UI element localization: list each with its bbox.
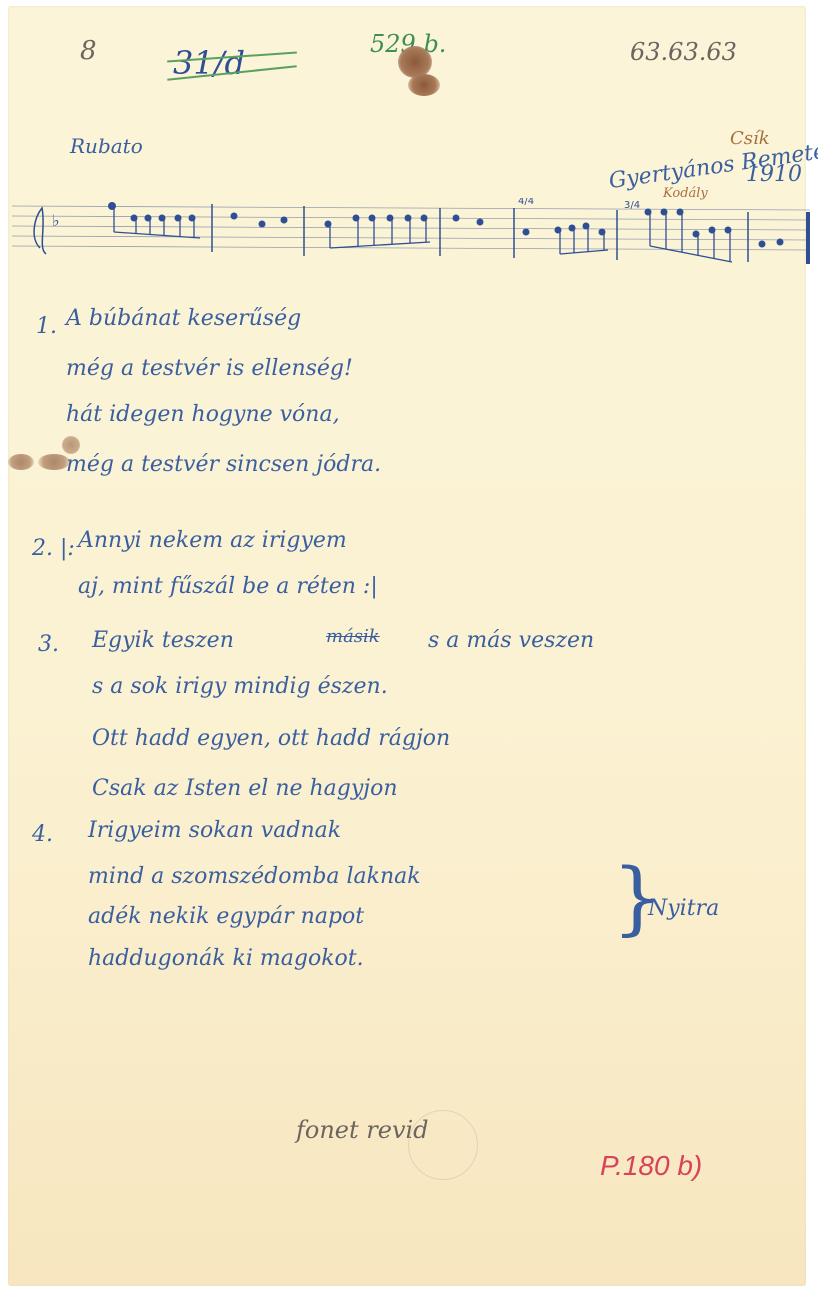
red-catalog-number: P.180 b)	[600, 1150, 702, 1182]
attribution-year: 1910	[746, 162, 802, 187]
brown-stain	[8, 454, 34, 470]
verse-line: haddugonák ki magokot.	[88, 946, 364, 971]
crossed-catalog-number: 31/d	[173, 44, 245, 82]
verse-number: 3.	[38, 632, 59, 657]
faded-stamp	[408, 1110, 478, 1180]
verse-line: még a testvér sincsen jódra.	[66, 452, 381, 477]
ink-stain-small	[408, 74, 440, 96]
verse-line: Egyik teszen	[92, 628, 234, 653]
verse-line: hát idegen hogyne vóna,	[66, 402, 340, 427]
struck-word: másik	[326, 626, 380, 647]
verse-line: s a más veszen	[428, 628, 594, 653]
verse-line: Annyi nekem az irigyem	[78, 528, 347, 553]
verse-line: adék nekik egypár napot	[88, 904, 364, 929]
svg-text:♭: ♭	[52, 211, 60, 230]
verse-line: s a sok irigy mindig észen.	[92, 674, 388, 699]
svg-text:4/4: 4/4	[518, 198, 534, 207]
svg-text:⌒: ⌒	[108, 198, 120, 201]
music-staff: ♭	[12, 198, 812, 268]
verse-number: 2. |:	[32, 536, 75, 561]
verse-line: Ott hadd egyen, ott hadd rágjon	[92, 726, 450, 751]
verse-line: mind a szomszédomba laknak	[88, 864, 421, 889]
page-number: 8	[80, 36, 97, 66]
bracket-note: Nyitra	[648, 896, 719, 921]
verse-line: még a testvér is ellenség!	[66, 356, 353, 381]
tempo-marking: Rubato	[70, 134, 143, 158]
verse-line: A búbánat keserűség	[66, 306, 301, 331]
brown-stain	[62, 436, 80, 454]
verse-number: 1.	[36, 314, 57, 339]
svg-text:3/4: 3/4	[624, 200, 640, 211]
manuscript-page: 8 31/d 529 b. 63.63.63 Rubato Gyertyános…	[8, 6, 806, 1286]
right-code: 63.63.63	[630, 38, 737, 66]
brown-stain	[38, 454, 70, 470]
verse-line: Csak az Isten el ne hagyjon	[92, 776, 398, 801]
verse-line: aj, mint fűszál be a réten :|	[78, 574, 378, 599]
verse-number: 4.	[32, 822, 53, 847]
attribution-extra: Csík	[730, 128, 770, 149]
verse-line: Irigyeim sokan vadnak	[88, 818, 341, 843]
